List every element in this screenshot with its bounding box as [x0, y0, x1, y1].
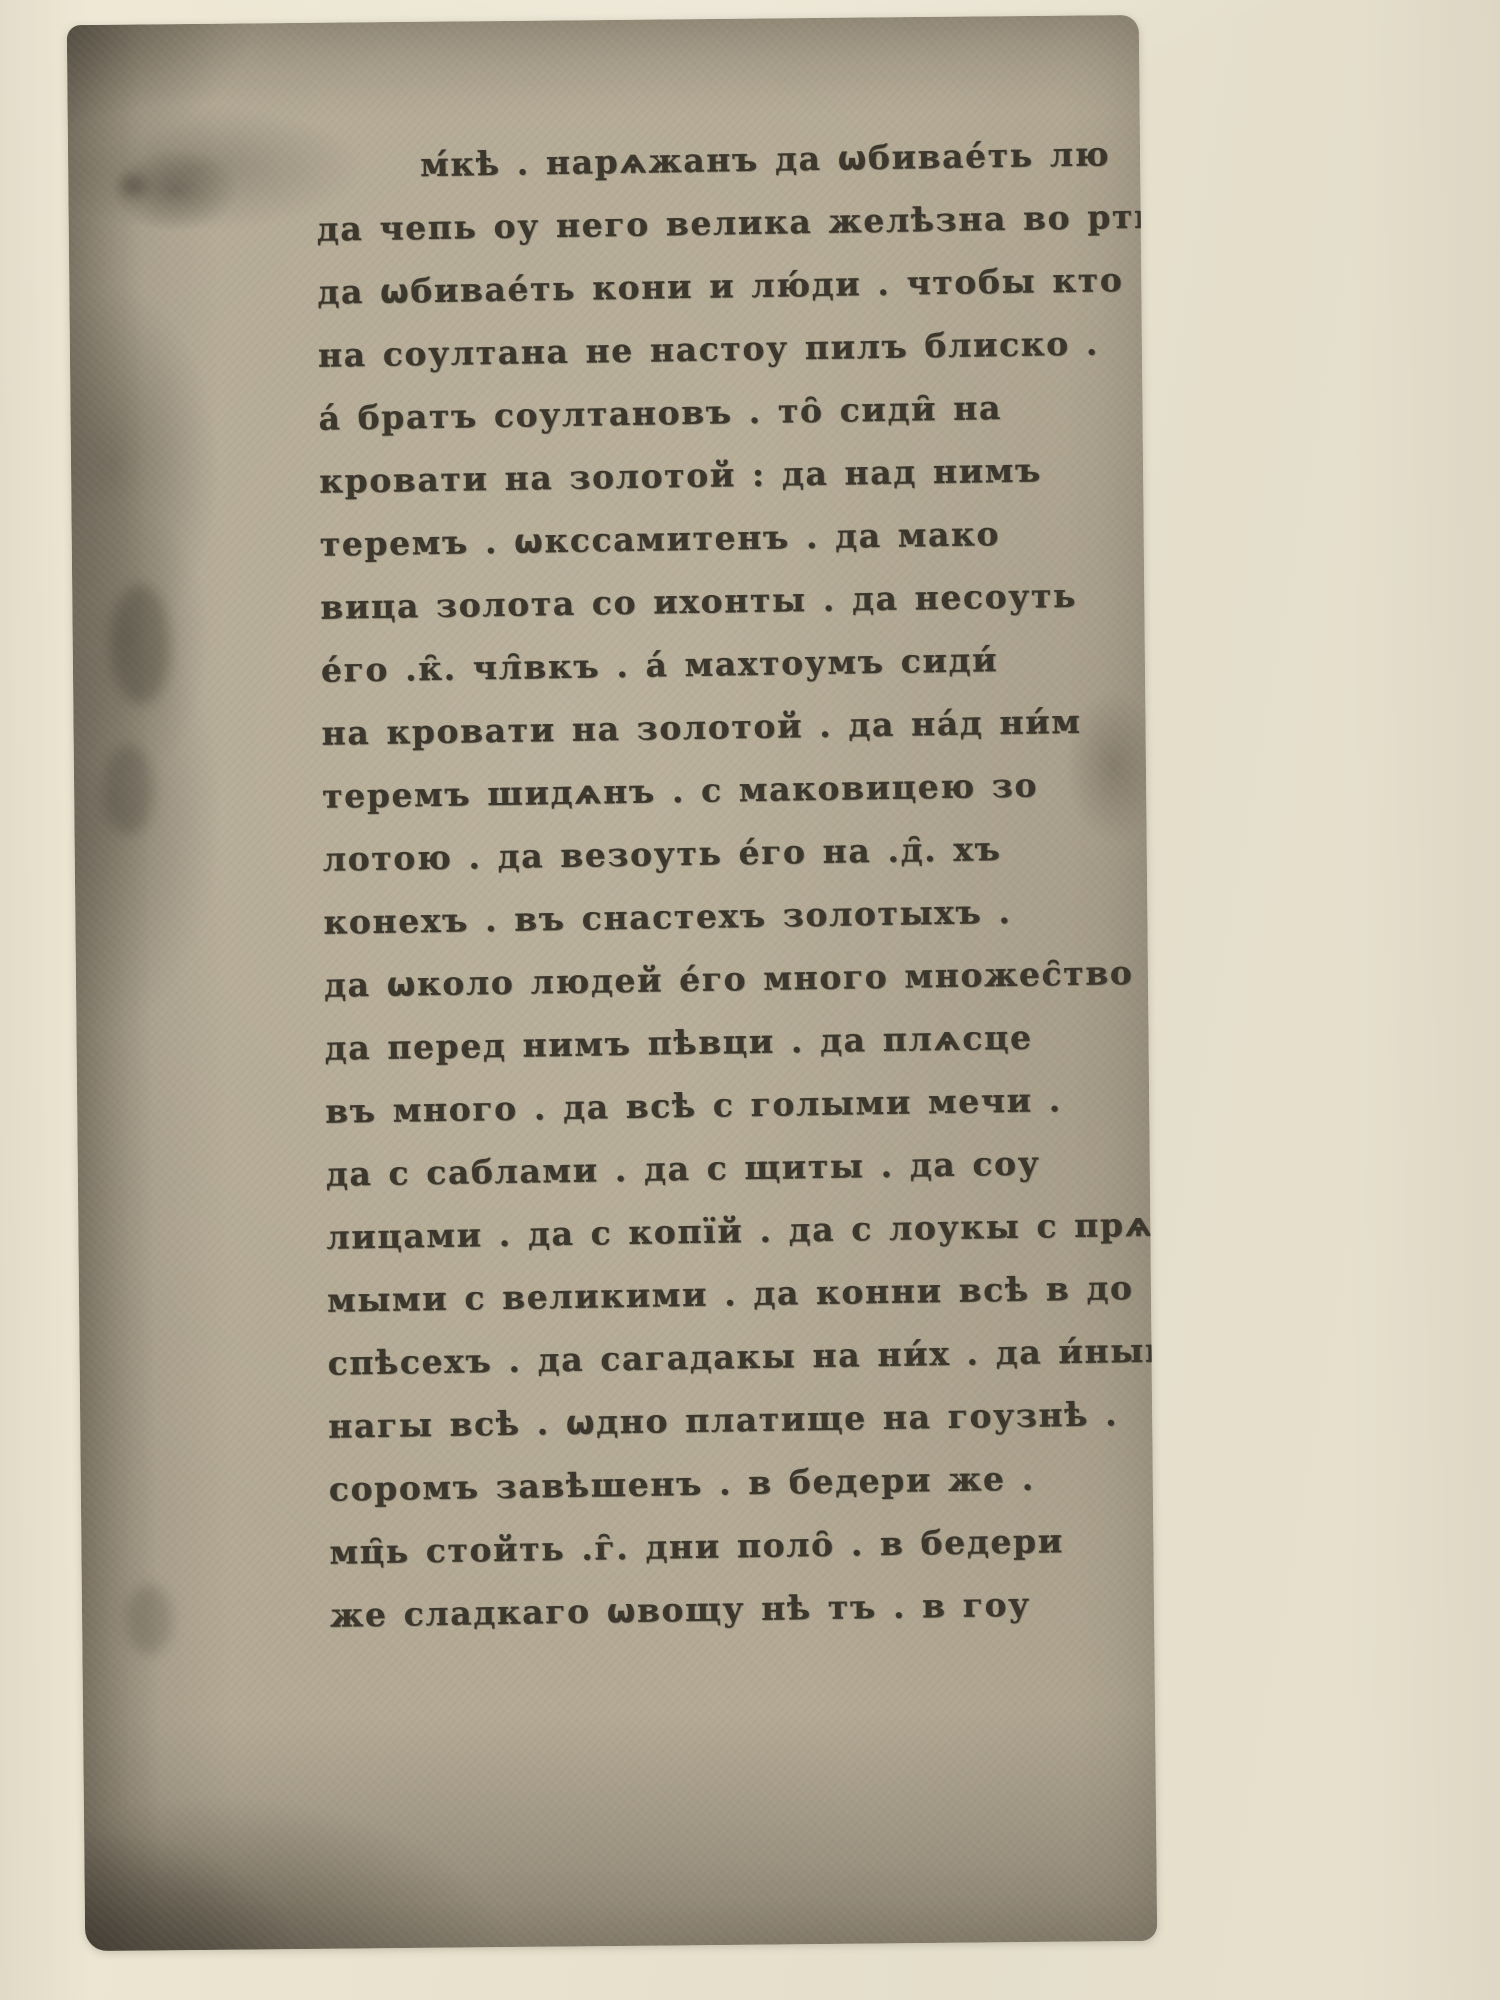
book-page: м́кѣ . нарѧжанъ да ѡбивае́ть лю да чепь …: [0, 0, 1500, 2000]
manuscript-line: же сладкаго ѡвощу нѣ тъ . в гоу: [330, 1571, 1155, 1647]
ink-smudge: [110, 584, 171, 705]
manuscript-text-block: м́кѣ . нарѧжанъ да ѡбивае́ть лю да чепь …: [316, 127, 1154, 1647]
ink-smudge: [104, 744, 155, 834]
ink-smudge: [126, 1584, 173, 1654]
manuscript-photo-plate: м́кѣ . нарѧжанъ да ѡбивае́ть лю да чепь …: [67, 15, 1157, 1951]
ink-smudge: [120, 174, 146, 196]
